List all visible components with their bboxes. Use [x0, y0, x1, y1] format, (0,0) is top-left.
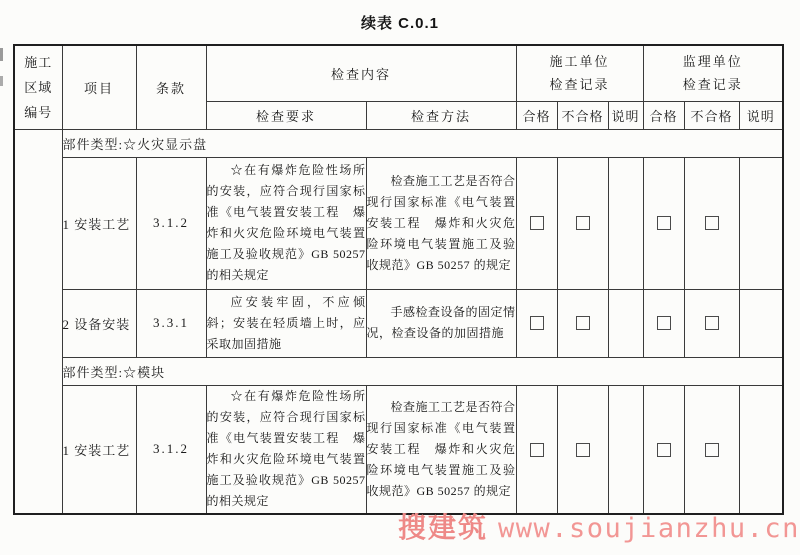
section-row: 部件类型:☆火灾显示盘 — [14, 129, 783, 157]
checkbox-icon — [657, 316, 671, 330]
header-region: 施工 区域 编号 — [14, 45, 62, 129]
scan-artifact — [0, 46, 5, 94]
method-cell: 手感检查设备的固定情况，检查设备的加固措施 — [366, 289, 516, 357]
table-row: 1 安装工艺 3.1.2 ☆在有爆炸危险性场所的安装，应符合现行国家标准《电气装… — [14, 385, 783, 514]
supervision-note-cell — [739, 157, 783, 289]
construction-pass-cell — [516, 157, 557, 289]
section-label: 部件类型:☆火灾显示盘 — [62, 129, 783, 157]
clause-cell: 3.1.2 — [136, 385, 206, 514]
header-construction-pass: 合格 — [516, 101, 557, 129]
header-supervision-note: 说明 — [739, 101, 783, 129]
requirement-cell: 应安装牢固，不应倾斜；安装在轻质墙上时，应采取加固措施 — [206, 289, 366, 357]
supervision-fail-cell — [684, 289, 739, 357]
checkbox-icon — [530, 316, 544, 330]
page-title: 续表 C.0.1 — [0, 12, 800, 33]
checkbox-icon — [705, 216, 719, 230]
checkbox-icon — [705, 316, 719, 330]
checkbox-icon — [657, 216, 671, 230]
clause-cell: 3.3.1 — [136, 289, 206, 357]
supervision-pass-cell — [643, 157, 684, 289]
checkbox-icon — [657, 443, 671, 457]
supervision-note-cell — [739, 289, 783, 357]
table-row: 1 安装工艺 3.1.2 ☆在有爆炸危险性场所的安装，应符合现行国家标准《电气装… — [14, 157, 783, 289]
watermark-site-name: 搜建筑 — [398, 512, 488, 543]
method-cell: 检查施工工艺是否符合现行国家标准《电气装置安装工程 爆炸和火灾危险环境电气装置施… — [366, 385, 516, 514]
table-row: 2 设备安装 3.3.1 应安装牢固，不应倾斜；安装在轻质墙上时，应采取加固措施… — [14, 289, 783, 357]
construction-pass-cell — [516, 289, 557, 357]
item-cell: 1 安装工艺 — [62, 157, 136, 289]
requirement-cell: ☆在有爆炸危险性场所的安装，应符合现行国家标准《电气装置安装工程 爆炸和火灾危险… — [206, 157, 366, 289]
construction-note-cell — [608, 157, 643, 289]
construction-fail-cell — [557, 289, 608, 357]
checkbox-icon — [576, 443, 590, 457]
header-item: 项目 — [62, 45, 136, 129]
inspection-table: 施工 区域 编号 项目 条款 检查内容 施工单位 检查记录 监理单位 检查记录 … — [13, 44, 784, 515]
supervision-note-cell — [739, 385, 783, 514]
header-construction-fail: 不合格 — [557, 101, 608, 129]
header-construction-note: 说明 — [608, 101, 643, 129]
checkbox-icon — [705, 443, 719, 457]
construction-pass-cell — [516, 385, 557, 514]
checkbox-icon — [576, 316, 590, 330]
header-construction-unit: 施工单位 检查记录 — [516, 45, 643, 101]
checkbox-icon — [530, 216, 544, 230]
header-method: 检查方法 — [366, 101, 516, 129]
method-cell: 检查施工工艺是否符合现行国家标准《电气装置安装工程 爆炸和火灾危险环境电气装置施… — [366, 157, 516, 289]
item-cell: 2 设备安装 — [62, 289, 136, 357]
header-clause: 条款 — [136, 45, 206, 129]
header-supervision-pass: 合格 — [643, 101, 684, 129]
construction-note-cell — [608, 289, 643, 357]
checkbox-icon — [576, 216, 590, 230]
construction-fail-cell — [557, 385, 608, 514]
section-label: 部件类型:☆模块 — [62, 357, 783, 385]
header-supervision-unit: 监理单位 检查记录 — [643, 45, 783, 101]
supervision-fail-cell — [684, 385, 739, 514]
construction-note-cell — [608, 385, 643, 514]
watermark: 搜建筑www.soujianzhu.cn — [398, 511, 800, 546]
construction-fail-cell — [557, 157, 608, 289]
supervision-fail-cell — [684, 157, 739, 289]
section-row: 部件类型:☆模块 — [14, 357, 783, 385]
checkbox-icon — [530, 443, 544, 457]
header-requirement: 检查要求 — [206, 101, 366, 129]
header-supervision-fail: 不合格 — [684, 101, 739, 129]
supervision-pass-cell — [643, 289, 684, 357]
supervision-pass-cell — [643, 385, 684, 514]
watermark-site-url: www.soujianzhu.cn — [498, 513, 800, 544]
clause-cell: 3.1.2 — [136, 157, 206, 289]
region-id-cell — [14, 129, 62, 514]
header-content: 检查内容 — [206, 45, 516, 101]
requirement-cell: ☆在有爆炸危险性场所的安装，应符合现行国家标准《电气装置安装工程 爆炸和火灾危险… — [206, 385, 366, 514]
item-cell: 1 安装工艺 — [62, 385, 136, 514]
